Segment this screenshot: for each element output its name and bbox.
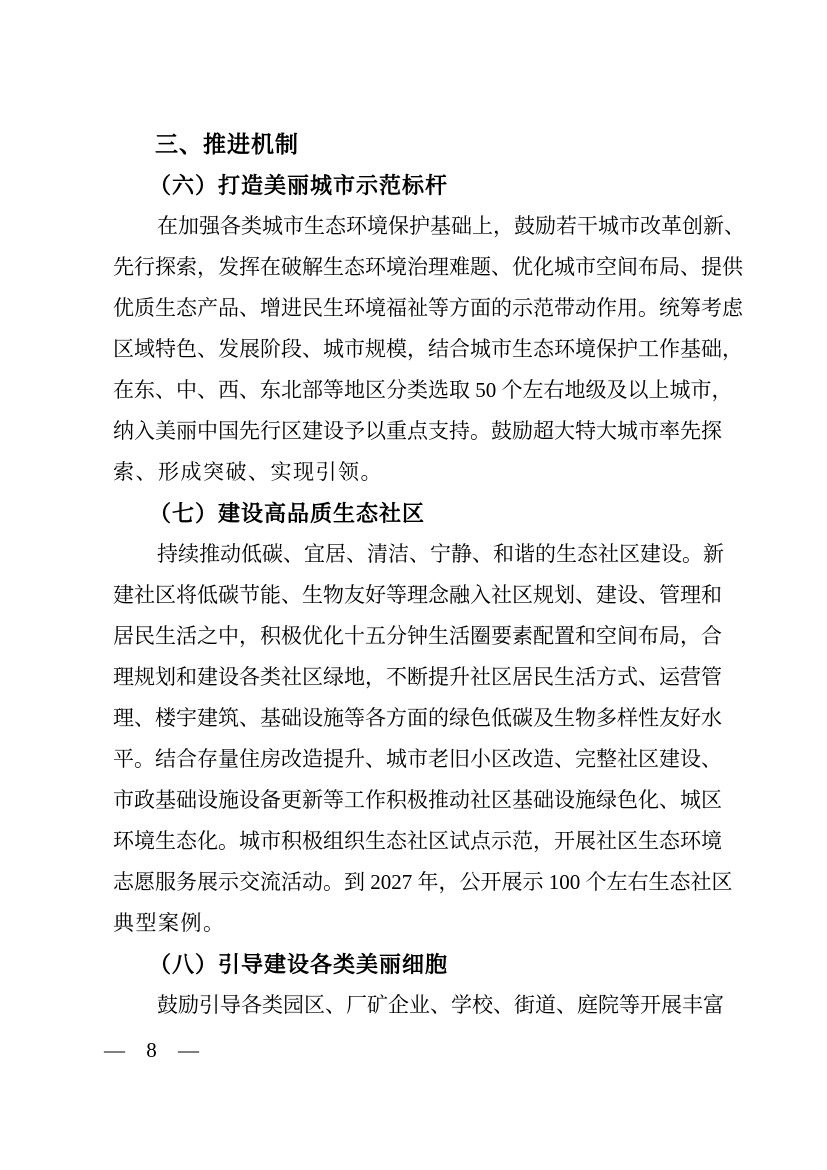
document-body: 三、推进机制 （六）打造美丽城市示范标杆 在加强各类城市生态环境保护基础上，鼓励… (113, 124, 719, 1026)
text-line: 理、楼宇建筑、基础设施等各方面的绿色低碳及生物多样性友好水 (113, 698, 719, 739)
section-6-title: （六）打造美丽城市示范标杆 (113, 165, 719, 206)
section-beautiful-city: （六）打造美丽城市示范标杆 在加强各类城市生态环境保护基础上，鼓励若干城市改革创… (113, 165, 719, 493)
text-line: 典型案例。 (113, 903, 719, 944)
section-beautiful-cells: （八）引导建设各类美丽细胞 鼓励引导各类园区、厂矿企业、学校、街道、庭院等开展丰… (113, 944, 719, 1026)
text-line: 索、形成突破、实现引领。 (113, 452, 719, 493)
section-7-title: （七）建设高品质生态社区 (113, 493, 719, 534)
text-line: 先行探索，发挥在破解生态环境治理难题、优化城市空间布局、提供 (113, 247, 719, 288)
text-line: 居民生活之中，积极优化十五分钟生活圈要素配置和空间布局，合 (113, 616, 719, 657)
text-line: 市政基础设施设备更新等工作积极推动社区基础设施绿色化、城区 (113, 780, 719, 821)
text-line: 平。结合存量住房改造提升、城市老旧小区改造、完整社区建设、 (113, 739, 719, 780)
text-line: 在东、中、西、东北部等地区分类选取 50 个左右地级及以上城市， (113, 370, 719, 411)
text-line: 环境生态化。城市积极组织生态社区试点示范，开展社区生态环境 (113, 821, 719, 862)
text-line: 持续推动低碳、宜居、清洁、宁静、和谐的生态社区建设。新 (113, 534, 719, 575)
text-line: 区域特色、发展阶段、城市规模，结合城市生态环境保护工作基础， (113, 329, 719, 370)
section-8-title: （八）引导建设各类美丽细胞 (113, 944, 719, 985)
text-line: 纳入美丽中国先行区建设予以重点支持。鼓励超大特大城市率先探 (113, 411, 719, 452)
text-line: 在加强各类城市生态环境保护基础上，鼓励若干城市改革创新、 (113, 206, 719, 247)
section-eco-community: （七）建设高品质生态社区 持续推动低碳、宜居、清洁、宁静、和谐的生态社区建设。新… (113, 493, 719, 944)
text-line: 优质生态产品、增进民生环境福祉等方面的示范带动作用。统筹考虑 (113, 288, 719, 329)
text-line: 志愿服务展示交流活动。到 2027 年，公开展示 100 个左右生态社区 (113, 862, 719, 903)
chapter-heading: 三、推进机制 (113, 124, 719, 165)
text-line: 理规划和建设各类社区绿地，不断提升社区居民生活方式、运营管 (113, 657, 719, 698)
text-line: 鼓励引导各类园区、厂矿企业、学校、街道、庭院等开展丰富 (113, 985, 719, 1026)
document-page: 三、推进机制 （六）打造美丽城市示范标杆 在加强各类城市生态环境保护基础上，鼓励… (0, 0, 827, 1170)
text-line: 建社区将低碳节能、生物友好等理念融入社区规划、建设、管理和 (113, 575, 719, 616)
page-number: — 8 — (104, 1030, 203, 1071)
